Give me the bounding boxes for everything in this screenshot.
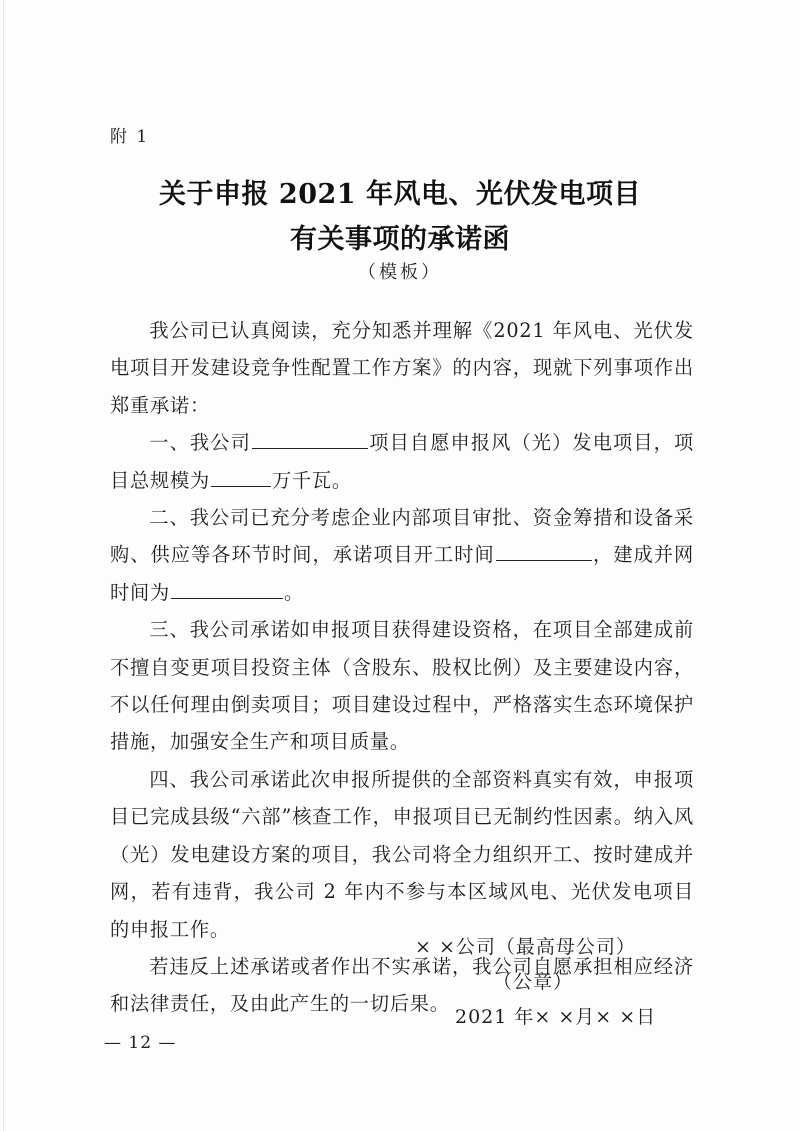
document-title-line-2: 有关事项的承诺函 (0, 217, 800, 256)
scan-edge (3, 0, 4, 1131)
document-subtitle: （模板） (0, 258, 800, 284)
project-scale-blank[interactable] (211, 465, 271, 486)
document-body: 我公司已认真阅读，充分知悉并理解《2021 年风电、光伏发电项目开发建设竞争性配… (110, 312, 694, 1023)
pledge-2-text-c: 。 (284, 581, 304, 604)
signature-company: × ×公司（最高母公司） (415, 932, 636, 959)
signature-date: 2021 年× ×月× ×日 (455, 1002, 656, 1029)
document-page: 附 1 关于申报 2021 年风电、光伏发电项目 有关事项的承诺函 （模板） 我… (0, 0, 800, 1131)
start-time-blank[interactable] (496, 540, 592, 561)
grid-connection-time-blank[interactable] (171, 578, 283, 599)
project-name-blank[interactable] (252, 428, 368, 449)
pledge-1-text-c: 万千瓦。 (272, 469, 352, 492)
attachment-label: 附 1 (110, 122, 149, 147)
document-title-line-1: 关于申报 2021 年风电、光伏发电项目 (0, 172, 800, 211)
paragraph-pledge-2: 二、我公司已充分考虑企业内部项目审批、资金筹措和设备采购、供应等各环节时间，承诺… (110, 499, 694, 611)
page-number: — 12 — (104, 1033, 176, 1053)
paragraph-pledge-4: 四、我公司承诺此次申报所提供的全部资料真实有效，申报项目已完成县级“六部”核查工… (110, 761, 694, 948)
pledge-1-text-a: 一、我公司 (149, 431, 251, 454)
paragraph-intro: 我公司已认真阅读，充分知悉并理解《2021 年风电、光伏发电项目开发建设竞争性配… (110, 312, 694, 424)
signature-seal: （公章） (493, 967, 573, 994)
paragraph-pledge-1: 一、我公司项目自愿申报风（光）发电项目，项目总规模为万千瓦。 (110, 424, 694, 499)
paragraph-pledge-3: 三、我公司承诺如申报项目获得建设资格，在项目全部建成前不擅自变更项目投资主体（含… (110, 611, 694, 761)
